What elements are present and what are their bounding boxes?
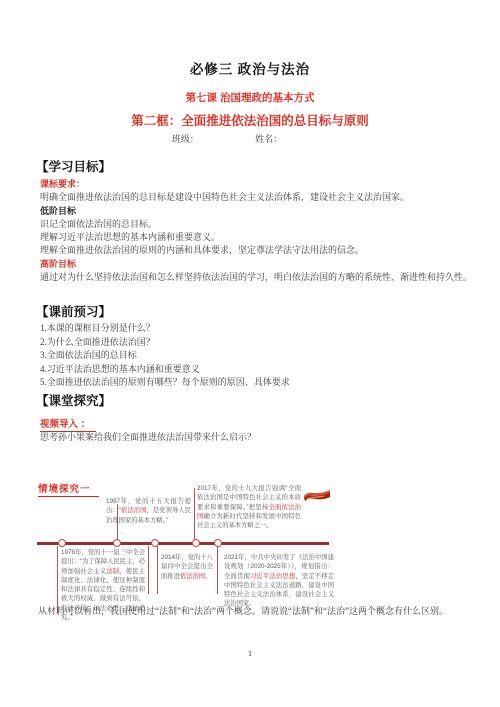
flag-icon (303, 487, 331, 503)
preview-item: 4.习近平法治思想的基本内涵和重要意义 (40, 363, 472, 377)
page-title: 必修三 政治与法治 (0, 58, 500, 78)
preview-item: 2.为什么全面推进依法治国？ (40, 336, 472, 350)
timeline-axis (37, 542, 329, 545)
standard-requirement-label: 课标要求： (40, 178, 472, 191)
standard-requirement-text: 明确全面推进依法治国的总目标是建设中国特色社会主义法治体系，建设社会主义法治国家… (40, 191, 472, 204)
low-goal-item: 识记全面依法治国的总目标。 (40, 218, 472, 231)
name-label: 姓名： (255, 134, 282, 144)
timeline-connector (157, 546, 158, 594)
timeline-graphic: 情境探究一 1997年，党的十五大报告提出：“依法治国，是党领导人民治理国家的基… (0, 480, 500, 606)
class-name-line: 班级： 姓名： (0, 132, 500, 145)
preview-item: 1.本课的课框目分别是什么？ (40, 322, 472, 336)
low-goal-item: 理解习近平法治思想的基本内涵和重要意义。 (40, 231, 472, 244)
timeline-node-2014 (151, 539, 159, 547)
preview-list: 1.本课的课框目分别是什么？ 2.为什么全面推进依法治国？ 3.全面依法治国的总… (40, 322, 472, 390)
class-label: 班级： (172, 134, 199, 144)
video-intro-question: 思考孙小果案给我们全面推进依法治国带来什么启示？ (40, 430, 256, 443)
timeline-event-2017: 2017年，党的十九大报告强调“全面依法治国是中国特色社会主义的本质要求和重要保… (197, 484, 301, 530)
high-goal-label: 高阶目标 (40, 258, 472, 271)
learning-goals-block: 课标要求： 明确全面推进依法治国的总目标是建设中国特色社会主义法治体系，建设社会… (40, 178, 472, 284)
timeline-node-2017 (192, 539, 200, 547)
scenario-one-label: 情境探究一 (38, 481, 99, 497)
section-heading-learning-goals: 【学习目标】 (36, 157, 111, 175)
timeline-connector (194, 488, 195, 542)
timeline-connector (148, 546, 149, 594)
timeline-node-1978 (58, 539, 66, 547)
timeline-node-2021 (214, 539, 222, 547)
preview-item: 5.全面推进依法治国的原则有哪些？每个原则的原因、具体要求 (40, 376, 472, 390)
timeline-connector (57, 546, 58, 614)
lesson-title: 第七课 治国理政的基本方式 (0, 90, 500, 105)
section-heading-preview: 【课前预习】 (36, 302, 111, 320)
page-number: 1 (0, 648, 500, 658)
high-goal-text: 通过对为什么坚持依法治国和怎么样坚持依法治国的学习，明白依法治国的方略的系统性、… (40, 271, 472, 284)
section-heading-explore: 【课堂探究】 (36, 391, 111, 409)
frame-title: 第二框：全面推进依法治国的总目标与原则 (0, 111, 500, 129)
footer-question: 从材料可以看出，我国使用过“法制”和“法治”两个概念。请说说“法制”和“法治”这… (38, 605, 474, 619)
low-goal-label: 低阶目标 (40, 205, 472, 218)
timeline-event-2021: 2021年，中共中央印发了《法治中国建设规划（2020-2025年）》，规划指出… (224, 553, 334, 609)
timeline-node-1997 (113, 539, 121, 547)
low-goal-item: 理解全面推进依法治国的原则的内涵和具体要求，坚定尊法学法守法用法的信念。 (40, 244, 472, 257)
timeline-event-2014: 2014年，党的十八届四中全会提出全面推进依法治国。 (161, 553, 213, 581)
timeline-connector (217, 546, 218, 594)
preview-item: 3.全面依法治国的总目标 (40, 349, 472, 363)
timeline-event-1997: 1997年，党的十五大报告提出：“依法治国，是党领导人民治理国家的基本方略。” (106, 497, 191, 525)
